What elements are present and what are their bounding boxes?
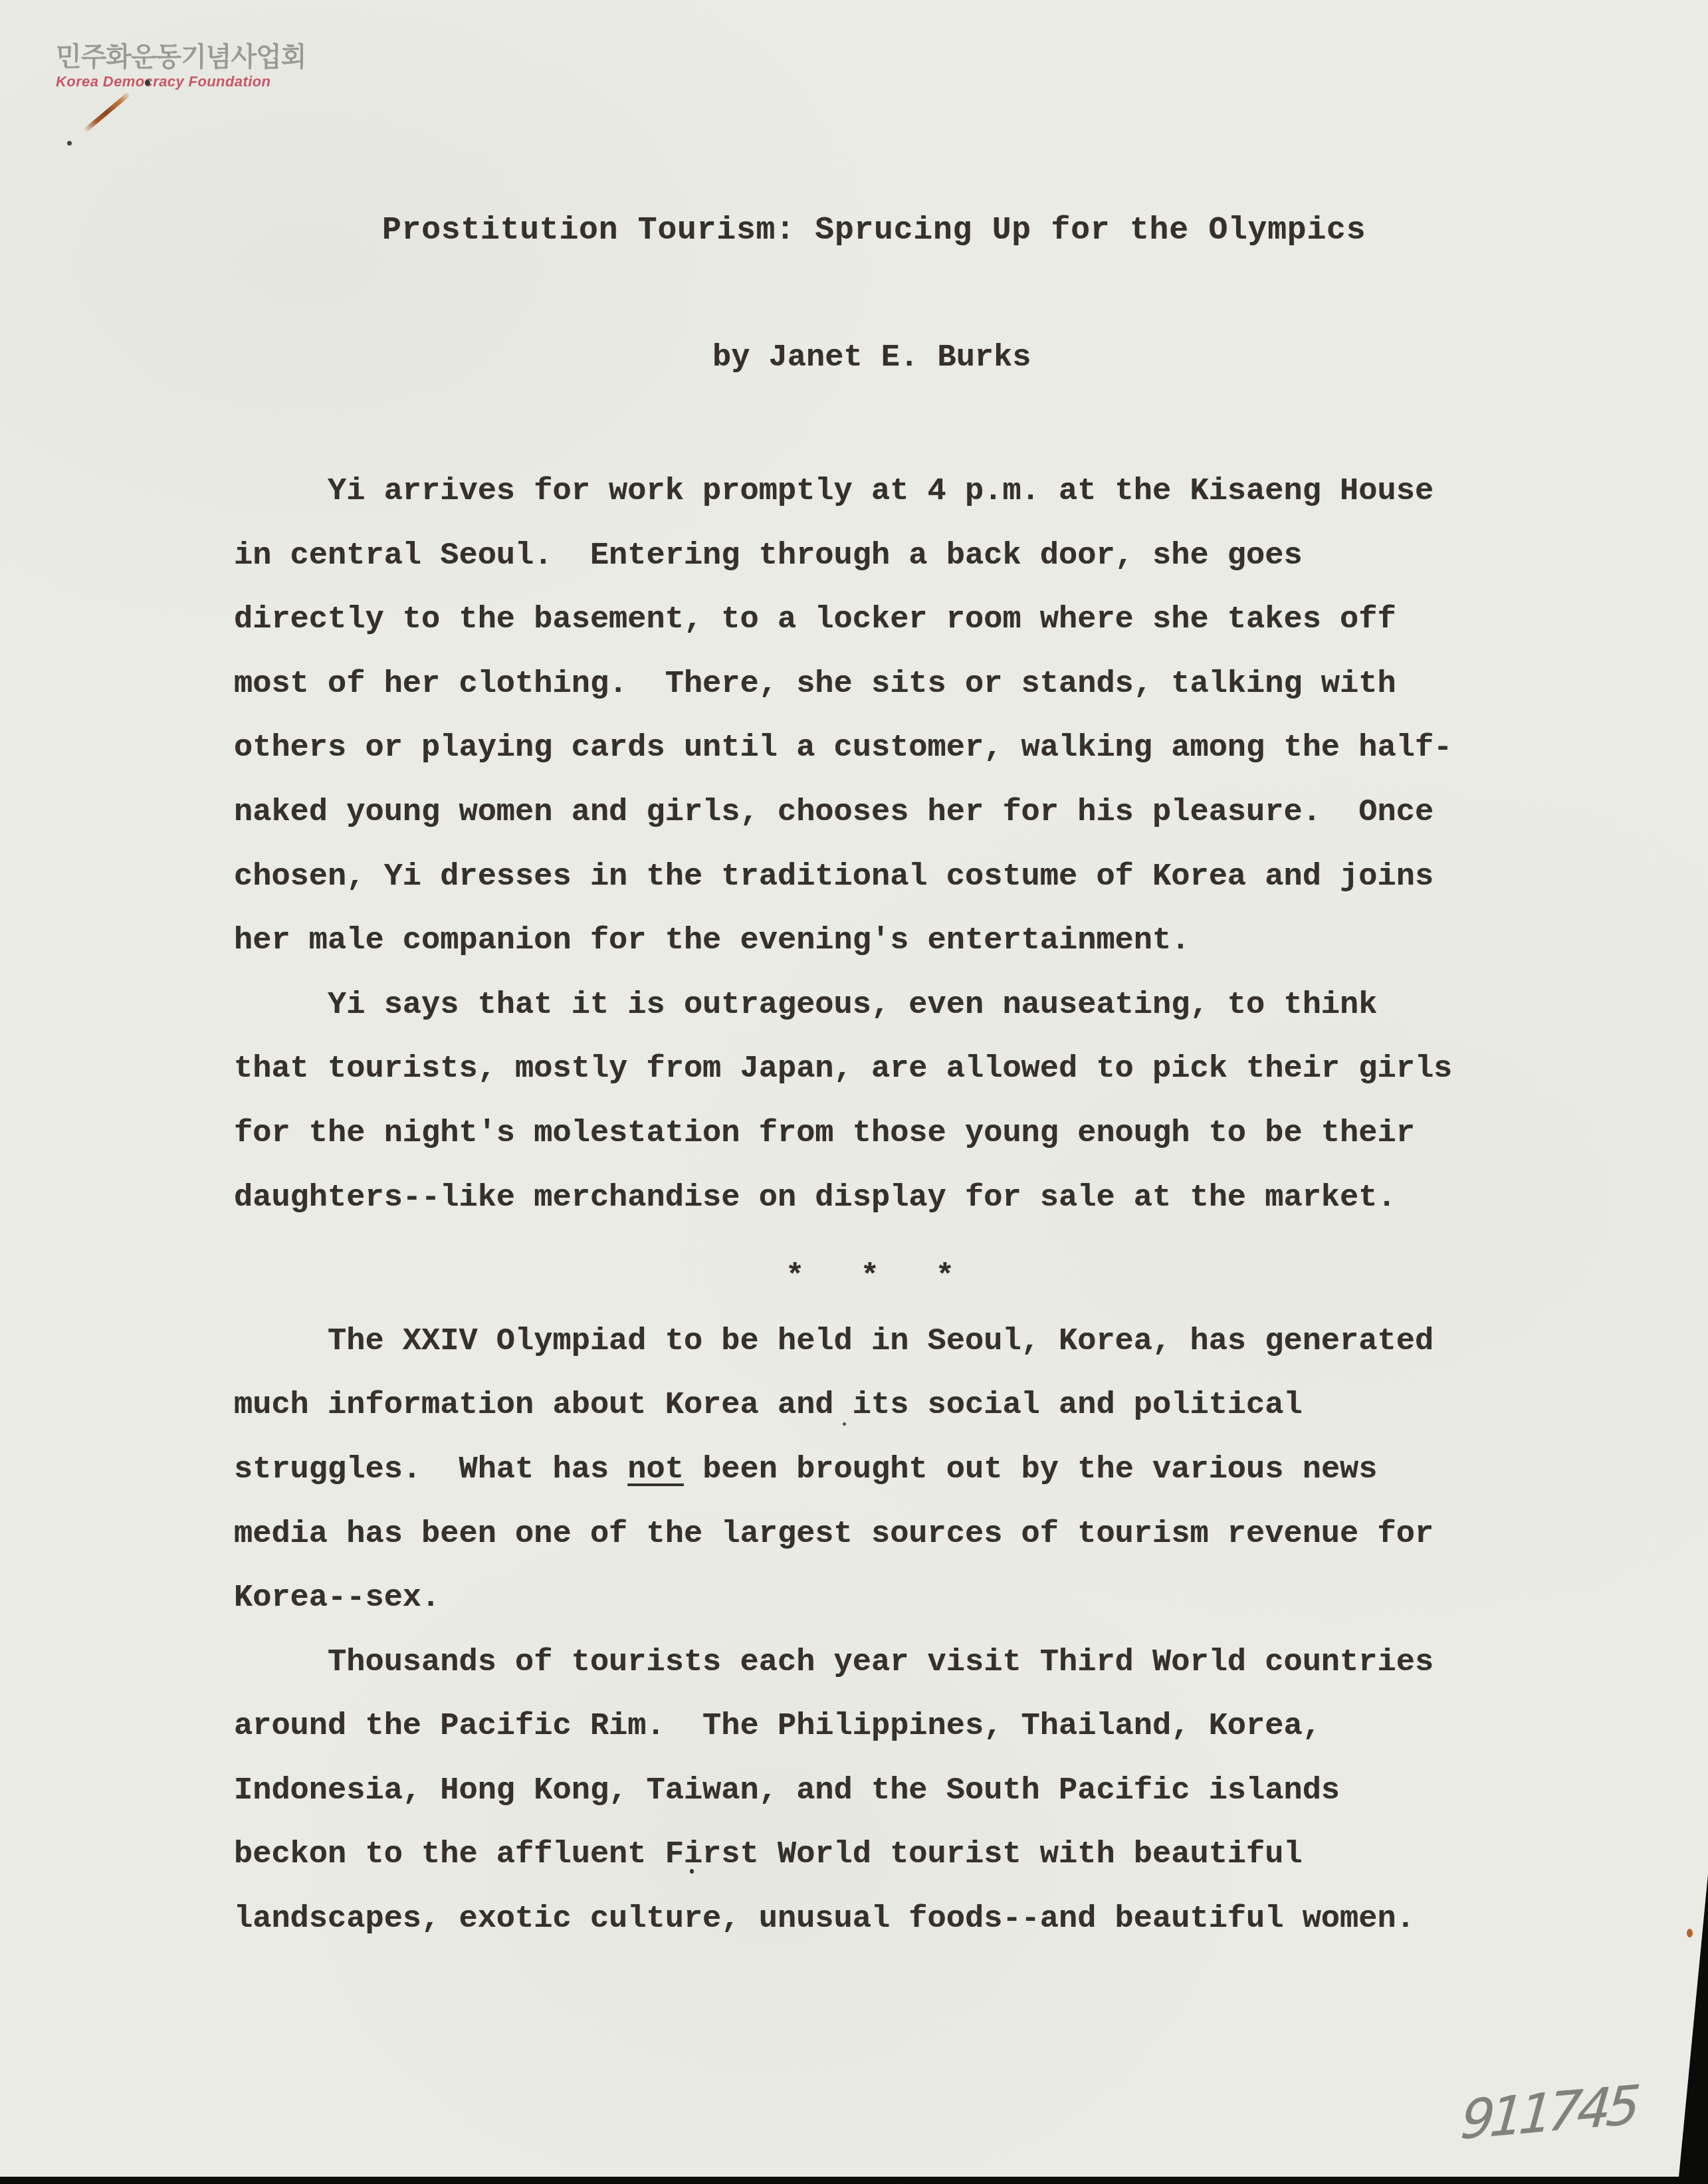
body-line: her male companion for the evening's ent… [234, 909, 1452, 974]
body-line: most of her clothing. There, she sits or… [234, 653, 1452, 717]
body-line-segment: been brought out by the various news [684, 1452, 1378, 1487]
body-line: others or playing cards until a customer… [234, 716, 1452, 781]
scan-edge-shadow-bottom [0, 2177, 1708, 2184]
body-line: in central Seoul. Entering through a bac… [234, 524, 1452, 589]
document-title: Prostitution Tourism: Sprucing Up for th… [382, 213, 1366, 249]
body-line-segment: struggles. What has [234, 1452, 627, 1487]
body-line: that tourists, mostly from Japan, are al… [234, 1037, 1452, 1102]
orange-pen-mark [84, 92, 130, 133]
asterisk-separator: * * * [234, 1246, 1452, 1310]
body-line: for the night's molestation from those y… [234, 1102, 1452, 1166]
body-line: Korea--sex. [234, 1567, 1452, 1631]
body-line: directly to the basement, to a locker ro… [234, 588, 1452, 653]
scanned-document-page: 민주화운동기념사업회 Korea Democracy Foundation Pr… [0, 0, 1708, 2184]
handwritten-archive-number: 911745 [1458, 2074, 1638, 2151]
body-line: struggles. What has not been brought out… [234, 1438, 1452, 1503]
body-line: beckon to the affluent First World touri… [234, 1823, 1452, 1888]
document-byline: by Janet E. Burks [712, 340, 1031, 376]
logo-korean-text: 민주화운동기념사업회 [56, 43, 306, 72]
body-line: daughters--like merchandise on display f… [234, 1166, 1452, 1231]
body-line: Indonesia, Hong Kong, Taiwan, and the So… [234, 1759, 1452, 1824]
body-line: naked young women and girls, chooses her… [234, 781, 1452, 845]
document-body: Yi arrives for work promptly at 4 p.m. a… [234, 460, 1452, 1952]
ink-speck [67, 141, 72, 146]
scan-edge-shadow-right [1678, 1874, 1708, 2184]
body-line: Thousands of tourists each year visit Th… [234, 1631, 1452, 1695]
body-line: chosen, Yi dresses in the traditional co… [234, 845, 1452, 910]
body-line: Yi says that it is outrageous, even naus… [234, 974, 1452, 1038]
body-line: media has been one of the largest source… [234, 1503, 1452, 1567]
body-line: The XXIV Olympiad to be held in Seoul, K… [234, 1310, 1452, 1374]
body-line: landscapes, exotic culture, unusual food… [234, 1888, 1452, 1952]
body-line: Yi arrives for work promptly at 4 p.m. a… [234, 460, 1452, 524]
ink-speck [145, 80, 150, 86]
orange-speck [1687, 1929, 1693, 1937]
body-line: much information about Korea and its soc… [234, 1374, 1452, 1438]
body-line: around the Pacific Rim. The Philippines,… [234, 1695, 1452, 1759]
underlined-word: not [627, 1452, 684, 1487]
korea-democracy-foundation-logo: 민주화운동기념사업회 Korea Democracy Foundation [56, 43, 306, 90]
logo-english-text: Korea Democracy Foundation [56, 73, 306, 90]
